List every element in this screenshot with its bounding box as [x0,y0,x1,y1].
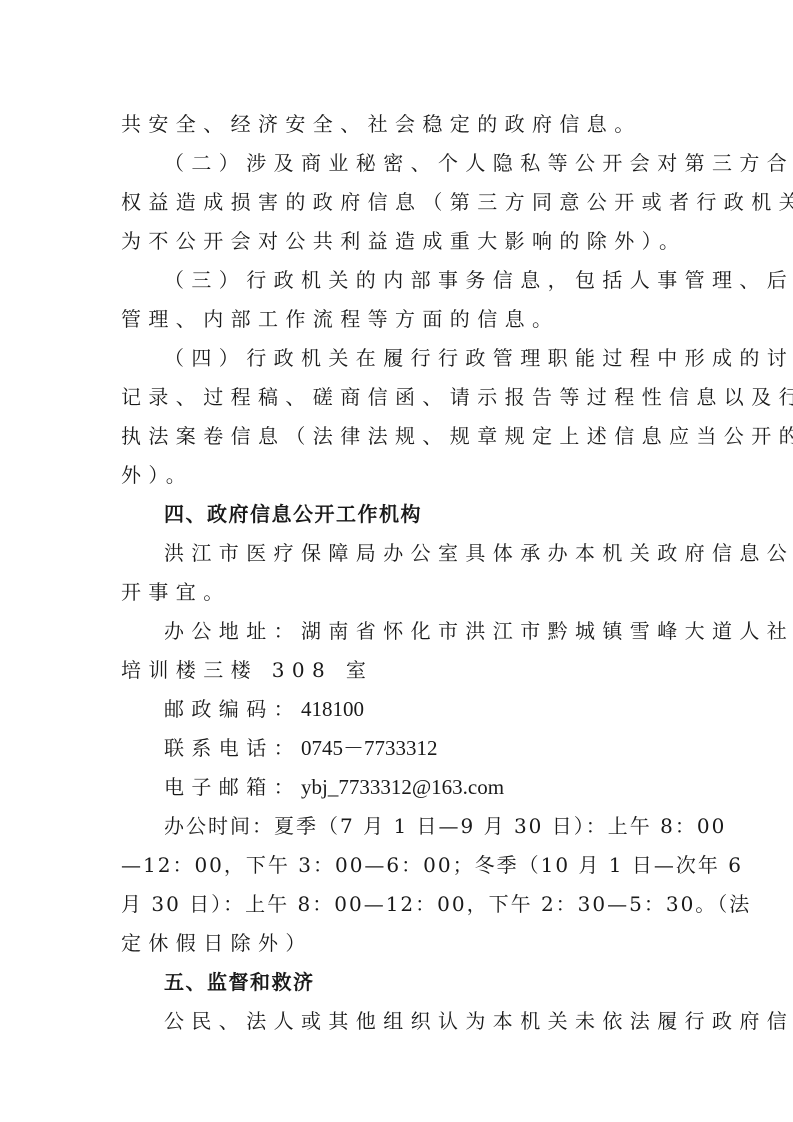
paragraph-line: 管理、内部工作流程等方面的信息。 [121,300,677,339]
postcode-label: 邮政编码： [164,697,301,721]
hours-line: 办公时间：夏季（7 月 1 日—9 月 30 日）：上午 8：00 [121,807,677,846]
paragraph-line: 记录、过程稿、磋商信函、请示报告等过程性信息以及行政 [121,378,677,417]
document-page: 共安全、经济安全、社会稳定的政府信息。 （二）涉及商业秘密、个人隐私等公开会对第… [121,105,677,1041]
address-line-2: 培训楼三楼 308 室 [121,651,677,690]
email-line: 电子邮箱：ybj_7733312@163.com [121,768,677,807]
postcode-line: 邮政编码：418100 [121,690,677,729]
hours-line: —12：00，下午 3：00—6：00；冬季（10 月 1 日—次年 6 [121,846,677,885]
paragraph-line: 外）。 [121,456,677,495]
paragraph-line: （二）涉及商业秘密、个人隐私等公开会对第三方合法 [121,144,677,183]
paragraph-line: 执法案卷信息（法律法规、规章规定上述信息应当公开的除 [121,417,677,456]
address-line: 办公地址：湖南省怀化市洪江市黔城镇雪峰大道人社局 [121,612,677,651]
paragraph-line: 开事宜。 [121,573,677,612]
paragraph-line: 为不公开会对公共利益造成重大影响的除外）。 [121,222,677,261]
paragraph-line: （四）行政机关在履行行政管理职能过程中形成的讨论 [121,339,677,378]
paragraph-line: 权益造成损害的政府信息（第三方同意公开或者行政机关认 [121,183,677,222]
phone-label: 联系电话： [164,736,301,760]
address-label: 办公地址： [164,619,301,643]
paragraph-line: 共安全、经济安全、社会稳定的政府信息。 [121,105,677,144]
hours-line: 月 30 日）：上午 8：00—12：00，下午 2：30—5：30。（法 [121,885,677,924]
paragraph-line: 公民、法人或其他组织认为本机关未依法履行政府信息 [121,1002,677,1041]
phone-value: 0745－7733312 [301,736,438,760]
paragraph-line: 洪江市医疗保障局办公室具体承办本机关政府信息公 [121,534,677,573]
phone-line: 联系电话：0745－7733312 [121,729,677,768]
paragraph-line: （三）行政机关的内部事务信息，包括人事管理、后勤 [121,261,677,300]
email-label: 电子邮箱： [164,775,301,799]
address-value: 湖南省怀化市洪江市黔城镇雪峰大道人社局 [301,619,793,643]
hours-line: 定休假日除外） [121,924,677,963]
postcode-value: 418100 [301,697,364,721]
section-heading: 四、政府信息公开工作机构 [121,495,677,534]
email-value: ybj_7733312@163.com [301,775,504,799]
section-heading: 五、监督和救济 [121,963,677,1002]
